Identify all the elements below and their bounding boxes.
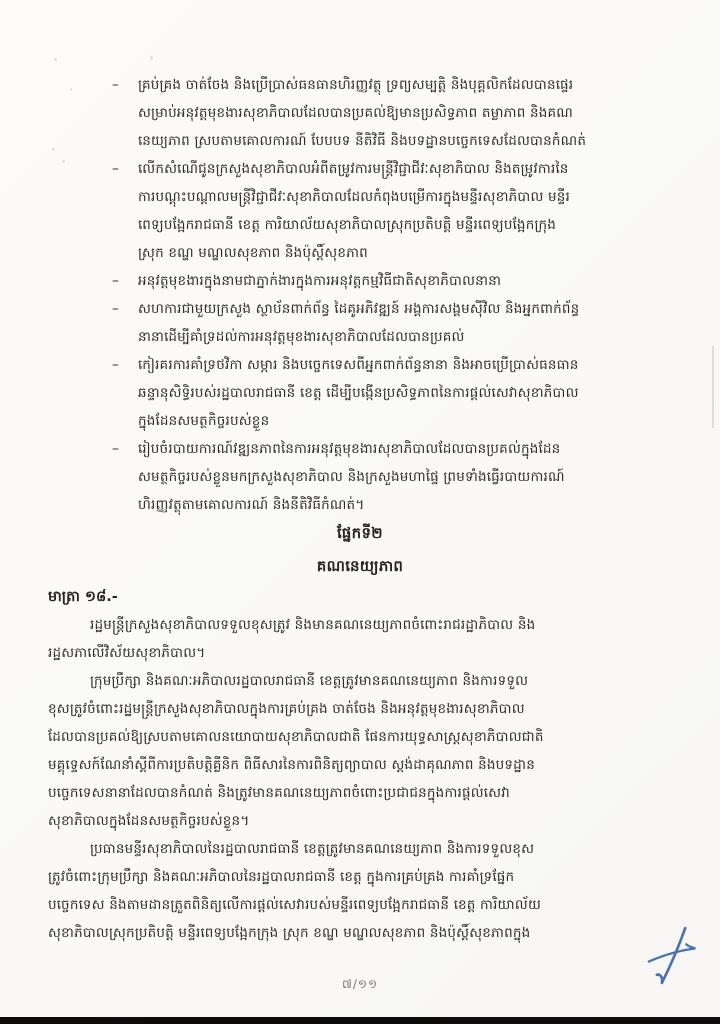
text-line: ក្នុងដែនសមត្ថកិច្ចរបស់ខ្លួន: [138, 407, 708, 435]
text-line: រដ្ឋមន្ត្រីក្រសួងសុខាភិបាលទទួលខុសត្រូវ ន…: [48, 611, 710, 639]
paragraph: ក្រុមប្រឹក្សា និងគណៈអភិបាលរដ្ឋបាលរាជធានី…: [48, 667, 710, 835]
text-line: អនុវត្តមុខងារក្នុងនាមជាភ្នាក់ងារក្នុងការ…: [138, 267, 708, 295]
text-line: មគ្គុទ្ទេសក៍ណែនាំស្តីពីការប្រតិបត្តិគ្លី…: [48, 751, 710, 779]
scan-speck: [52, 148, 55, 151]
text-line: សហការជាមួយក្រសួង ស្ថាប័នពាក់ព័ន្ធ ដៃគូអភ…: [138, 295, 708, 323]
text-line: សុខាភិបាលក្នុងដែនសមត្ថកិច្ចរបស់ខ្លួន។: [48, 807, 710, 835]
text-line: ខុសត្រូវចំពោះរដ្ឋមន្ត្រីក្រសួងសុខាភិបាលក…: [48, 695, 710, 723]
bullet-list: –គ្រប់គ្រង ចាត់ចែង និងប្រើប្រាស់ធនធានហិរ…: [112, 71, 708, 519]
bullet-dash-icon: –: [112, 295, 138, 323]
text-line: នេយ្យភាព ស្របតាមគោលការណ៍ បែបបទ នីតិវិធី …: [138, 127, 708, 155]
text-line: បច្ចេកទេស និងតាមដានត្រួតពិនិត្យលើការផ្តល…: [48, 891, 710, 919]
bullet-text: គ្រប់គ្រង ចាត់ចែង និងប្រើប្រាស់ធនធានហិរញ…: [138, 71, 708, 155]
paragraphs: រដ្ឋមន្ត្រីក្រសួងសុខាភិបាលទទួលខុសត្រូវ ន…: [48, 611, 710, 947]
text-line: បច្ចេកទេសនានាដែលបានកំណត់ និងត្រូវមានគណនេ…: [48, 779, 710, 807]
text-line: សុខាភិបាលស្រុកប្រតិបត្តិ មន្ទីរពេទ្យបង្អ…: [48, 919, 710, 947]
bullet-item: –អនុវត្តមុខងារក្នុងនាមជាភ្នាក់ងារក្នុងកា…: [112, 267, 708, 295]
text-line: សមត្ថកិច្ចរបស់ខ្លួនមកក្រសួងសុខាភិបាល និង…: [138, 463, 708, 491]
bullet-text: សហការជាមួយក្រសួង ស្ថាប័នពាក់ព័ន្ធ ដៃគូអភ…: [138, 295, 708, 351]
section-part-title: ផ្នែកទី២: [0, 517, 720, 550]
text-line: ការបណ្តុះបណ្តាលមន្ត្រីវិជ្ជាជីវៈសុខាភិបា…: [138, 183, 708, 211]
section-heading: ផ្នែកទី២ គណនេយ្យភាព: [0, 517, 720, 583]
scan-edge-artifact: [712, 346, 714, 428]
scan-speck: [150, 56, 153, 60]
text-line: នានាដើម្បីគាំទ្រដល់ការអនុវត្តមុខងារសុខាភ…: [138, 323, 708, 351]
bullet-text: លើកសំណើជូនក្រសួងសុខាភិបាលអំពីតម្រូវការមន…: [138, 155, 708, 267]
bullet-item: –រៀបចំរបាយការណ៍វឌ្ឍនភាពនៃការអនុវត្តមុខងា…: [112, 435, 708, 519]
text-line: គ្រប់គ្រង ចាត់ចែង និងប្រើប្រាស់ធនធានហិរញ…: [138, 71, 708, 99]
text-line: រដ្ឋសភាលើវិស័យសុខាភិបាល។: [48, 639, 710, 667]
bullet-text: កៀរគរការគាំទ្រថវិកា សម្ភារ និងបច្ចេកទេសព…: [138, 351, 708, 435]
text-line: កៀរគរការគាំទ្រថវិកា សម្ភារ និងបច្ចេកទេសព…: [138, 351, 708, 379]
text-line: សម្រាប់អនុវត្តមុខងារសុខាភិបាលដែលបានប្រគល…: [138, 99, 708, 127]
paragraph: រដ្ឋមន្ត្រីក្រសួងសុខាភិបាលទទួលខុសត្រូវ ន…: [48, 611, 710, 667]
text-line: រៀបចំរបាយការណ៍វឌ្ឍនភាពនៃការអនុវត្តមុខងារ…: [138, 435, 708, 463]
bullet-text: អនុវត្តមុខងារក្នុងនាមជាភ្នាក់ងារក្នុងការ…: [138, 267, 708, 295]
text-line: ឆន្ទានុសិទ្ធិរបស់រដ្ឋបាលរាជធានី ខេត្ត ដើ…: [138, 379, 708, 407]
text-line: លើកសំណើជូនក្រសួងសុខាភិបាលអំពីតម្រូវការមន…: [138, 155, 708, 183]
text-line: ដែលបានប្រគល់ឱ្យស្របតាមគោលនយោបាយសុខាភិបាល…: [48, 723, 710, 751]
paragraph: ប្រធានមន្ទីរសុខាភិបាលនៃរដ្ឋបាលរាជធានី ខេ…: [48, 835, 710, 947]
scan-speck: [54, 58, 57, 61]
text-line: ក្រុមប្រឹក្សា និងគណៈអភិបាលរដ្ឋបាលរាជធានី…: [48, 667, 710, 695]
section-subtitle: គណនេយ្យភាព: [0, 550, 720, 583]
bullet-dash-icon: –: [112, 435, 138, 463]
bullet-item: –កៀរគរការគាំទ្រថវិកា សម្ភារ និងបច្ចេកទេស…: [112, 351, 708, 435]
text-line: ត្រូវចំពោះក្រុមប្រឹក្សា និងគណៈអភិបាលនៃរដ…: [48, 863, 710, 891]
signature-mark: [632, 918, 704, 994]
scanned-document-page: –គ្រប់គ្រង ចាត់ចែង និងប្រើប្រាស់ធនធានហិរ…: [0, 0, 720, 1024]
scan-edge-bar: [0, 1017, 720, 1024]
bullet-dash-icon: –: [112, 71, 138, 99]
page-number: ៧/១១: [0, 976, 720, 994]
scan-speck: [62, 160, 65, 163]
bullet-dash-icon: –: [112, 351, 138, 379]
scan-speck: [70, 88, 72, 91]
bullet-dash-icon: –: [112, 267, 138, 295]
bullet-item: –គ្រប់គ្រង ចាត់ចែង និងប្រើប្រាស់ធនធានហិរ…: [112, 71, 708, 155]
text-line: ពេទ្យបង្អែករាជធានី ខេត្ត ការិយាល័យសុខាភិ…: [138, 211, 708, 239]
bullet-text: រៀបចំរបាយការណ៍វឌ្ឍនភាពនៃការអនុវត្តមុខងារ…: [138, 435, 708, 519]
text-line: ប្រធានមន្ទីរសុខាភិបាលនៃរដ្ឋបាលរាជធានី ខេ…: [48, 835, 710, 863]
text-line: ស្រុក ខណ្ឌ មណ្ឌលសុខភាព និងប៉ុស្តិ៍សុខភាព: [138, 239, 708, 267]
bullet-item: –សហការជាមួយក្រសួង ស្ថាប័នពាក់ព័ន្ធ ដៃគូអ…: [112, 295, 708, 351]
text-line: ហិរញ្ញវត្ថុតាមគោលការណ៍ និងនីតិវិធីកំណត់។: [138, 491, 708, 519]
article-18: មាត្រា ១៨.- រដ្ឋមន្ត្រីក្រសួងសុខាភិបាលទទ…: [48, 583, 710, 947]
bullet-item: –លើកសំណើជូនក្រសួងសុខាភិបាលអំពីតម្រូវការម…: [112, 155, 708, 267]
bullet-dash-icon: –: [112, 155, 138, 183]
article-label: មាត្រា ១៨.-: [48, 583, 710, 611]
